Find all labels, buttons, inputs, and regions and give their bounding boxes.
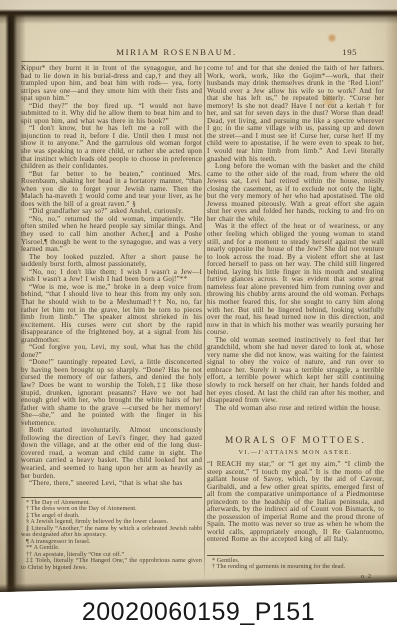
page-number: 195	[342, 47, 357, 57]
paragraph: come to! and for that she denied the fai…	[207, 65, 384, 163]
paragraph: “Woe is me, woe is me,” broke in a deep …	[21, 284, 202, 344]
paragraph: Was it the effect of the heat or of wear…	[207, 223, 384, 336]
page-content: MIRIAM ROSENBAUM. 195 Kippur* they burnt…	[21, 47, 384, 581]
left-column: Kippur* they burnt it in front of the sy…	[21, 65, 202, 581]
section-subheading: VI.—J'ATTAINS MON ASTRE.	[207, 449, 384, 456]
paragraph: “God forgive you, Levi, my soul, what ha…	[21, 344, 202, 359]
paragraph: The boy looked puzzled. After a short pa…	[21, 254, 202, 269]
paragraph: “I REACH my star,” or “I get my aim,” “I…	[207, 461, 384, 544]
footnote: † The rending of garments in mourning fo…	[207, 564, 384, 570]
scan-id-label: 20020060159_P151	[0, 598, 397, 627]
column-divider-rule	[204, 66, 205, 581]
paragraph: “No, no; I don't like them; I wish I was…	[21, 269, 202, 284]
scanned-book-page: MIRIAM ROSENBAUM. 195 Kippur* they burnt…	[0, 0, 397, 593]
paragraph: “Done!” tauntingly repeated Levi, a litt…	[21, 359, 202, 427]
text-columns: Kippur* they burnt it in front of the sy…	[21, 65, 384, 581]
footnote: ‡‡ Toleh, literally “The Hanged One,” th…	[21, 558, 202, 571]
right-column-body: come to! and for that she denied the fai…	[207, 65, 384, 427]
paragraph: The old woman seemed instinctively to fe…	[207, 337, 384, 405]
running-header: MIRIAM ROSENBAUM. 195	[21, 47, 384, 58]
paragraph: “There, there,” sneered Levi, “that is w…	[21, 480, 202, 488]
footnote-rule	[21, 497, 202, 498]
left-footnotes: * The Day of Atonement. † The dress worn…	[21, 500, 202, 571]
footnote: ∥ Literally “Another,” the name by which…	[21, 526, 202, 539]
paragraph: Both started involuntarily. Almost uncon…	[21, 427, 202, 480]
right-column: come to! and for that she denied the fai…	[207, 65, 384, 581]
left-column-body: Kippur* they burnt it in front of the sy…	[21, 65, 202, 494]
paragraph: “Did they?” the boy fired up. “I would n…	[21, 103, 202, 126]
header-rule	[21, 61, 384, 62]
paragraph: “But far better to be beaten,” continued…	[21, 171, 202, 209]
paragraph: Kippur* they burnt it in front of the sy…	[21, 65, 202, 103]
section-heading: MORALS OF MOTTOES.	[207, 436, 384, 446]
paragraph: “No, no,” returned the old woman, impati…	[21, 216, 202, 254]
paragraph: “I don't know, but he has left me a roll…	[21, 125, 202, 170]
paragraph: Long before the woman with the basket an…	[207, 163, 384, 223]
header-title: MIRIAM ROSENBAUM.	[21, 47, 332, 57]
footnote-rule	[207, 555, 384, 556]
paragraph: The old woman also rose and retired with…	[207, 405, 384, 413]
